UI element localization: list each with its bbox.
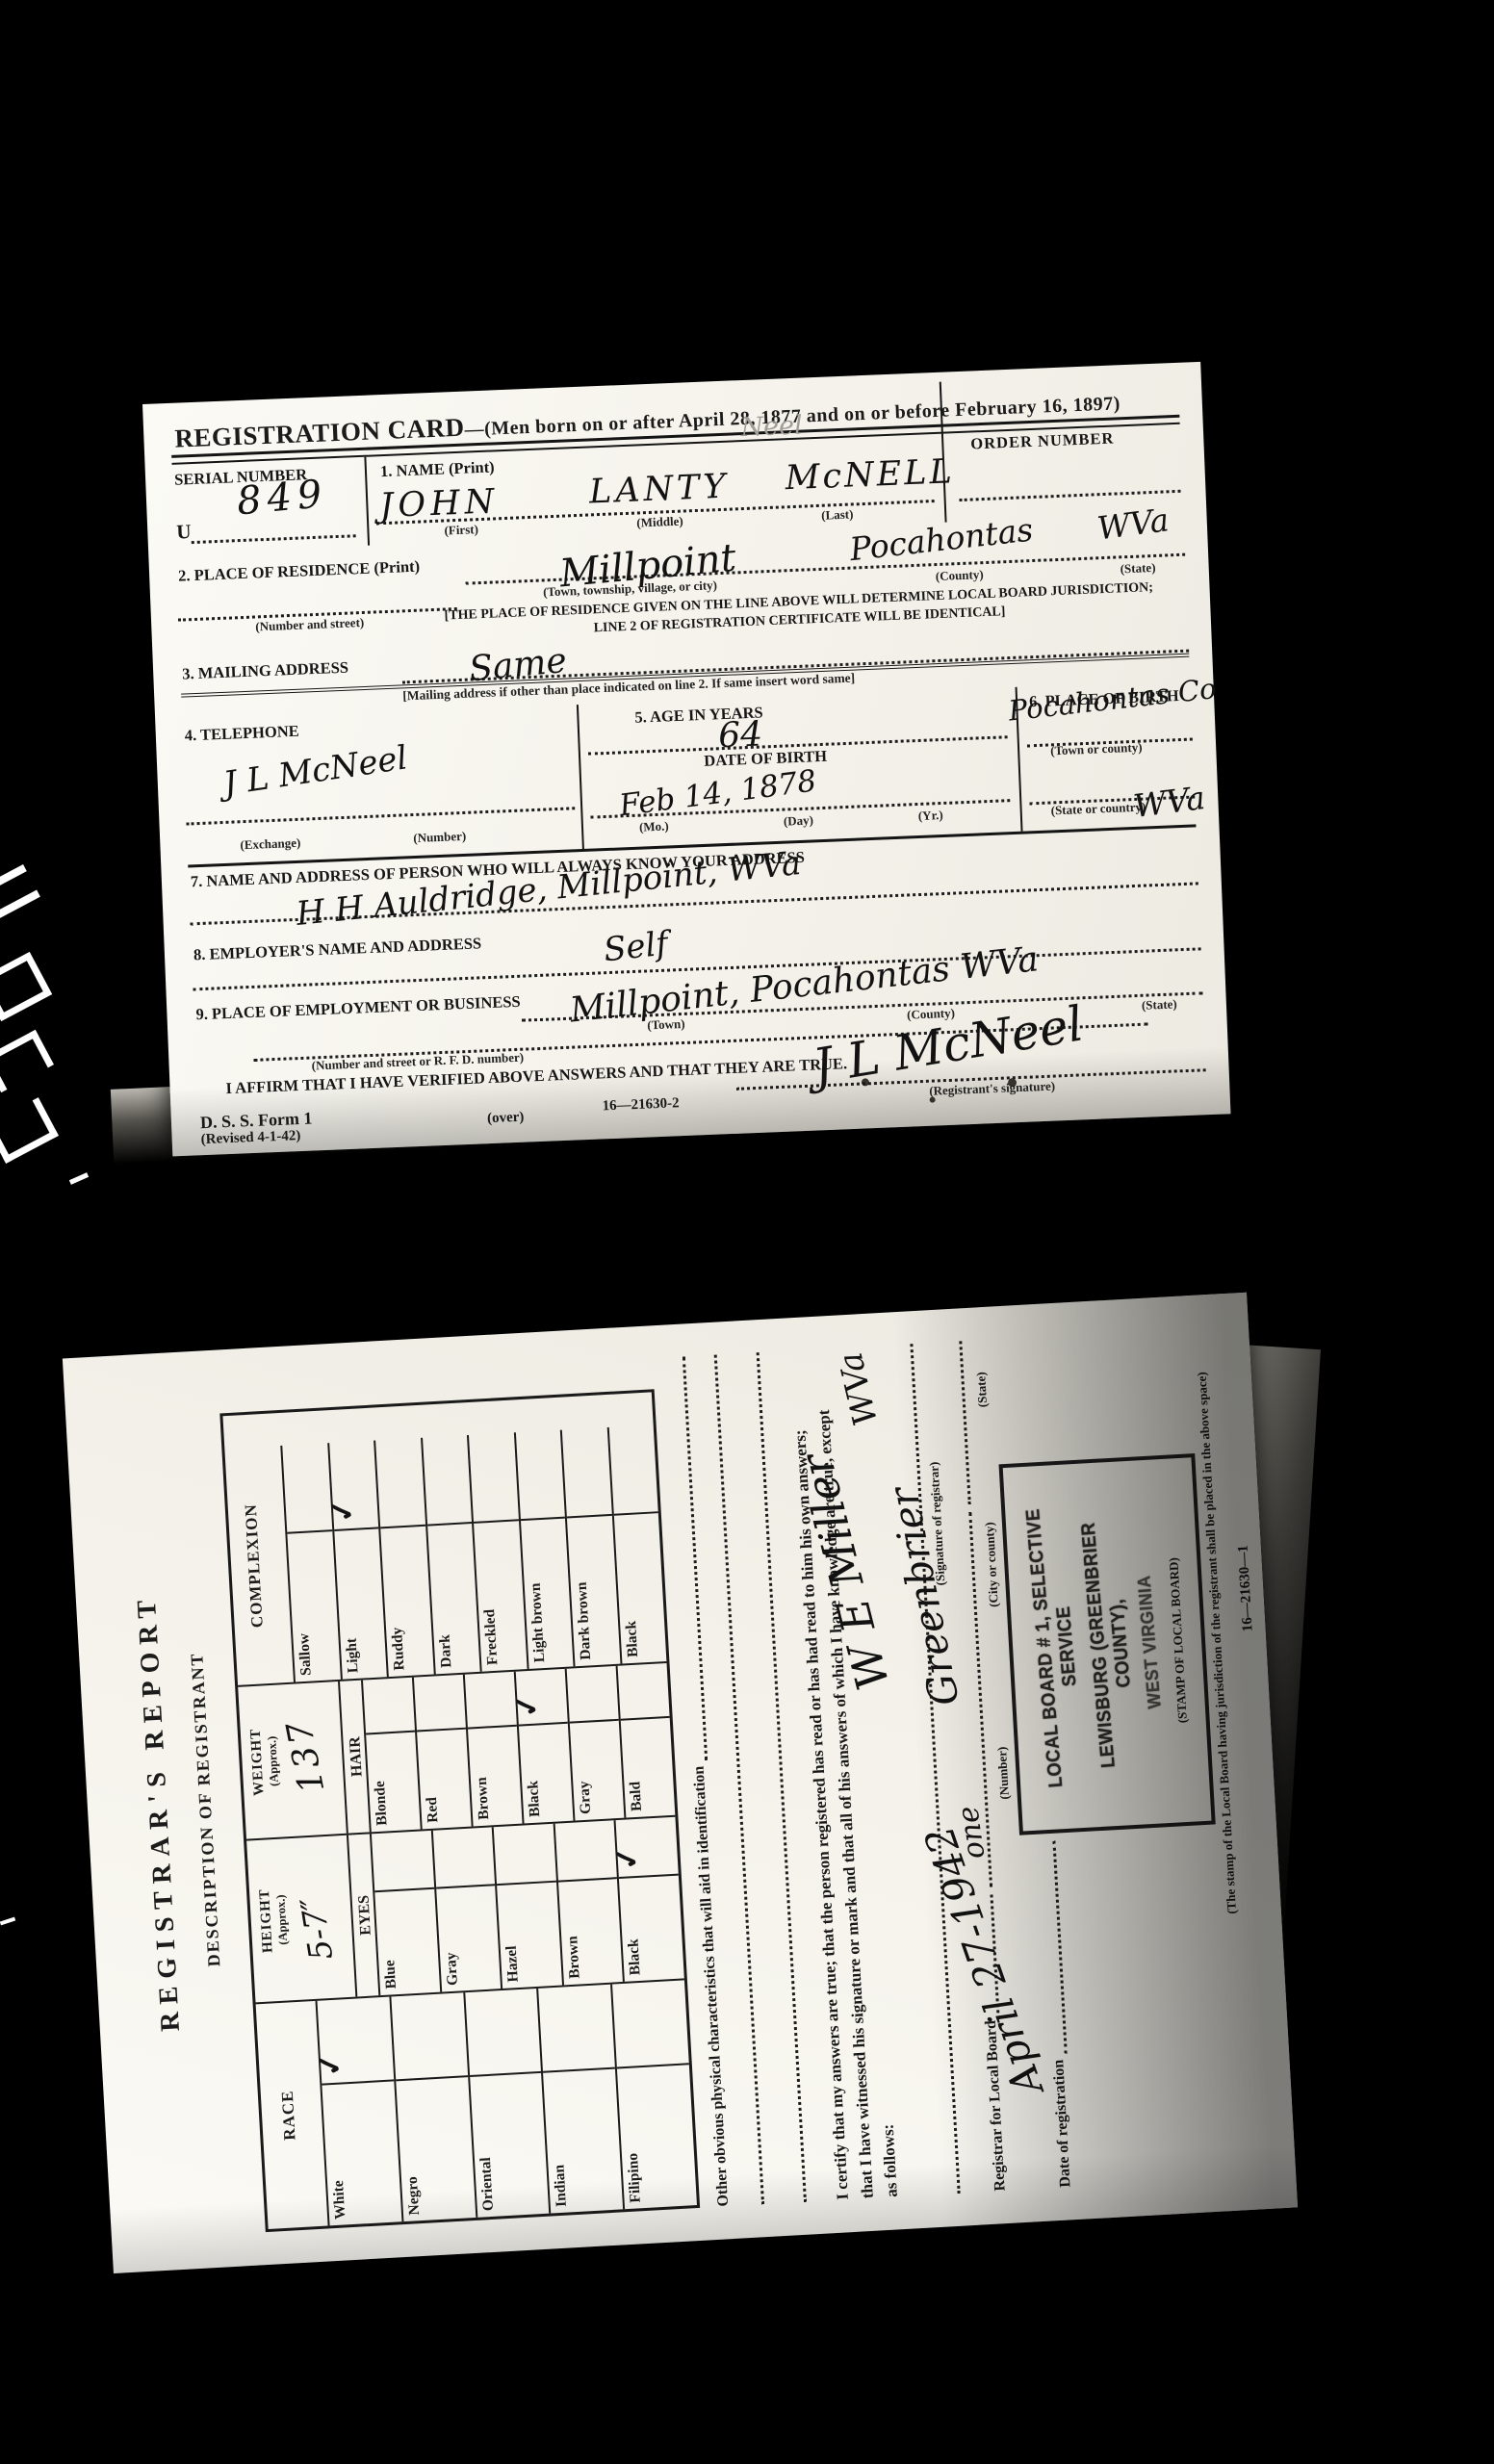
check-cell-empty <box>494 1824 556 1886</box>
eyes-black-check-cell: ✓ <box>616 1817 679 1880</box>
check-cell-empty <box>465 1989 542 2077</box>
name-sub-last: (Last) <box>821 506 854 523</box>
serial-number-value: 849 <box>235 472 329 525</box>
eyes-row-hazel: Hazel <box>492 1824 562 1989</box>
checkmark: ✓ <box>608 1842 647 1873</box>
dob-sub-day: (Day) <box>784 812 814 829</box>
birth-state-value: WVa <box>1131 779 1207 825</box>
registrars-report-card: REGISTRAR'S REPORT DESCRIPTION OF REGIST… <box>63 1293 1298 2273</box>
check-cell-empty <box>469 1432 519 1524</box>
dob-sub-mo: (Mo.) <box>639 818 669 834</box>
telephone-label: 4. TELEPHONE <box>184 722 299 746</box>
hair-row-gray: Gray <box>565 1666 625 1821</box>
local-board-stamp-box: LOCAL BOARD # 1, SELECTIVE SERVICE LEWIS… <box>999 1453 1216 1835</box>
residence-sub-street: (Number and street) <box>255 615 364 635</box>
hair-option-label: Blonde <box>366 1732 421 1832</box>
employment-label: 9. PLACE OF EMPLOYMENT OR BUSINESS <box>195 992 521 1025</box>
name-label: 1. NAME (Print) <box>380 457 495 481</box>
name-sub-first: (First) <box>444 522 478 538</box>
pencil-annotation: Neel <box>740 411 803 444</box>
form-revision: (Revised 4-1-42) <box>200 1128 300 1148</box>
hair-row-bald: Bald <box>616 1663 676 1818</box>
race-row-indian: Indian <box>537 1985 624 2214</box>
checkmark: ✓ <box>322 1496 361 1527</box>
description-table: RACE White ✓ Negro Oriental Indian Filip… <box>219 1389 700 2232</box>
name-first-value: JOHN <box>379 482 500 526</box>
check-cell-empty <box>423 1435 473 1527</box>
race-option-label: Oriental <box>470 2072 550 2217</box>
other-line <box>683 1356 708 1759</box>
print-code: 16—21630-2 <box>602 1095 680 1115</box>
other-characteristics-label: Other obvious physical characteristics t… <box>691 1765 734 2207</box>
film-counter-digit <box>0 864 40 920</box>
race-row-filipino: Filipino <box>610 1980 697 2209</box>
check-cell-empty <box>432 1827 495 1889</box>
check-cell-empty <box>282 1443 332 1534</box>
eyes-option-label: Black <box>619 1876 683 1982</box>
checkmark: ✓ <box>508 1690 547 1721</box>
board-number-sub: (Number) <box>994 1746 1013 1800</box>
age-value: 64 <box>717 714 762 756</box>
check-cell-empty <box>618 1663 670 1721</box>
back-print-code: 16—21630—1 <box>1236 1545 1257 1632</box>
hair-option-label: Black <box>519 1724 574 1823</box>
weight-approx-label: (Approx.) <box>262 1685 285 1838</box>
hair-row-black: Black ✓ <box>514 1669 574 1824</box>
check-cell-empty <box>372 1831 434 1893</box>
mailing-label: 3. MAILING ADDRESS <box>182 658 348 684</box>
serial-line <box>192 534 356 544</box>
race-option-label: White <box>322 2081 401 2225</box>
date-value-line <box>1052 1841 1067 2054</box>
telephone-sub-number: (Number) <box>413 829 466 846</box>
board-city-sub: (City or county) <box>982 1522 1002 1607</box>
order-number-label: ORDER NUMBER <box>970 429 1115 454</box>
eyes-option-label: Blue <box>374 1889 439 1995</box>
film-counter-digit <box>0 1030 54 1092</box>
residence-label: 2. PLACE OF RESIDENCE (Print) <box>178 557 421 586</box>
hair-black-check-cell: ✓ <box>516 1669 568 1727</box>
board-state-sub: (State) <box>973 1372 991 1408</box>
birth-sub-town: (Town or county) <box>1050 740 1143 759</box>
hair-row-red: Red <box>412 1675 472 1830</box>
check-cell-empty <box>608 1424 658 1516</box>
eyes-option-label: Brown <box>558 1879 623 1985</box>
film-edge-mark <box>69 1172 89 1185</box>
check-cell-empty <box>363 1678 415 1735</box>
height-value-cell: 5-7″ <box>298 1835 355 2000</box>
race-row-negro: Negro <box>389 1992 476 2221</box>
telephone-sub-exchange: (Exchange) <box>240 835 300 854</box>
weight-hair-column: WEIGHT (Approx.) 137 HAIR Blonde Red Bro… <box>238 1663 675 1841</box>
hair-option-label: Gray <box>570 1721 625 1820</box>
check-cell-empty <box>375 1438 425 1529</box>
serial-prefix: U <box>176 520 192 545</box>
board-state-line <box>959 1341 970 1504</box>
eyes-option-label: Hazel <box>497 1883 561 1989</box>
height-eyes-column: HEIGHT (Approx.) 5-7″ EYES Blue Gray Haz… <box>246 1817 684 2005</box>
dob-sub-yr: (Yr.) <box>918 808 943 824</box>
order-number-line <box>958 463 1180 501</box>
employment-sub-state: (State) <box>1142 996 1177 1013</box>
hair-option-label: Red <box>417 1730 472 1829</box>
name-middle-value: LANTY <box>588 468 730 512</box>
check-cell-empty <box>567 1666 619 1724</box>
race-option-label: Filipino <box>617 2065 697 2209</box>
race-white-check-cell: ✓ <box>318 1997 395 2086</box>
eyes-row-brown: Brown <box>553 1820 623 1985</box>
microfilm-scan: REGISTRATION CARD—(Men born on or after … <box>0 0 1494 2464</box>
hair-option-label: Brown <box>468 1727 523 1826</box>
race-option-label: Indian <box>543 2068 623 2213</box>
weight-value-cell: 137 <box>290 1681 347 1836</box>
eyes-row-black: Black ✓ <box>614 1817 684 1982</box>
residence-sub-state: (State) <box>1120 560 1155 577</box>
birth-sub-state: (State or country) <box>1050 800 1146 819</box>
eyes-option-label: Gray <box>436 1886 501 1991</box>
check-cell-empty <box>612 1980 689 2068</box>
film-counter-digit <box>0 952 52 1021</box>
race-row-white: White ✓ <box>316 1997 402 2226</box>
date-label: Date of registration <box>1050 2059 1074 2188</box>
over-note: (over) <box>487 1110 525 1128</box>
check-cell-empty <box>539 1985 616 2073</box>
employer-value: Self <box>602 924 670 969</box>
name-sub-middle: (Middle) <box>636 514 683 531</box>
residence-sub-county: (County) <box>936 567 984 584</box>
check-cell-empty <box>515 1430 565 1522</box>
name-last-value: McNELL <box>785 452 956 498</box>
film-edge-mark <box>0 1917 15 1926</box>
date-line: Date of registration <box>1038 1841 1074 2188</box>
hair-row-blonde: Blonde <box>361 1678 421 1833</box>
film-counter-digit <box>0 1097 59 1164</box>
registration-card-front: REGISTRATION CARD—(Men born on or after … <box>142 362 1230 1157</box>
hair-option-label: Bald <box>621 1718 676 1817</box>
race-option-label: Negro <box>396 2077 476 2221</box>
employer-label: 8. EMPLOYER'S NAME AND ADDRESS <box>193 934 482 964</box>
eyes-row-blue: Blue <box>370 1831 440 1995</box>
eyes-row-gray: Gray <box>430 1827 501 1991</box>
check-cell-empty <box>562 1427 612 1519</box>
tel-age-divider <box>577 705 584 849</box>
race-column: RACE White ✓ Negro Oriental Indian Filip… <box>256 1980 697 2229</box>
complexion-column: COMPLEXION Sallow Light ✓ Ruddy Dark Fre… <box>224 1424 666 1687</box>
complexion-light-check-cell: ✓ <box>329 1441 379 1532</box>
race-row-oriental: Oriental <box>463 1989 550 2218</box>
check-cell-empty <box>391 1992 468 2081</box>
telephone-line <box>186 797 575 825</box>
complexion-option-label: Black <box>613 1514 666 1664</box>
check-cell-empty <box>414 1675 466 1732</box>
